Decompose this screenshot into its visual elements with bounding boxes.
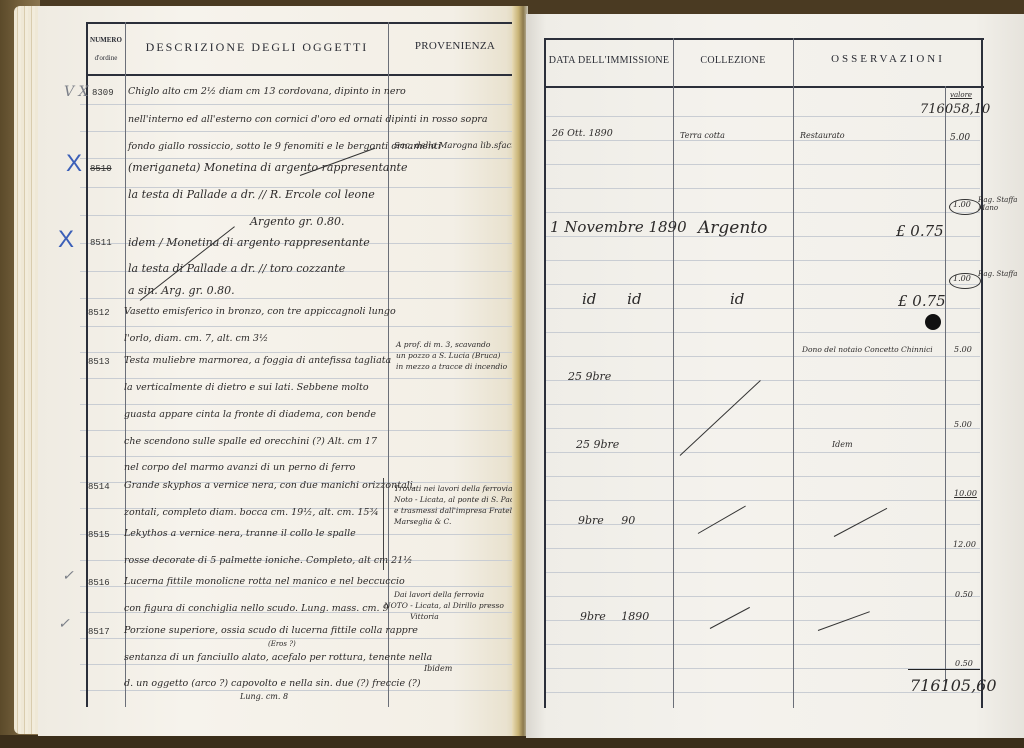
entry-description-line: Lucerna fittile monolicne rotta nel mani… bbox=[124, 576, 405, 587]
row-osservazioni: Dono del notaio Concetto Chinnici bbox=[802, 345, 933, 354]
entry-description-line: Grande skyphos a vernice nera, con due m… bbox=[124, 480, 416, 491]
entry-description-line: d. un oggetto (arco ?) capovolto e nella… bbox=[124, 678, 421, 689]
row-margin-note: Rag. Staffa bbox=[978, 270, 1017, 278]
margin-x-mark: X bbox=[58, 226, 74, 254]
header-collezione: COLLEZIONE bbox=[675, 55, 791, 66]
entry-description-line: nel corpo del marmo avanzi di un perno d… bbox=[124, 462, 355, 473]
entry-provenienza: e trasmessi dall'impresa Fratelli bbox=[394, 506, 517, 515]
entry-description-line: la testa di Pallade a dr. // R. Ercole c… bbox=[128, 188, 375, 201]
entry-provenienza: Marseglia & C. bbox=[394, 517, 451, 526]
margin-x-mark: X bbox=[66, 150, 82, 178]
row-collezione: id bbox=[730, 290, 744, 308]
row-osservazioni: Restaurato bbox=[800, 131, 845, 140]
header-osservazioni: OSSERVAZIONI bbox=[796, 53, 980, 65]
row-osservazioni: Idem bbox=[832, 440, 853, 449]
row-date: 25 9bre bbox=[576, 438, 619, 451]
header-data: DATA DELL'IMMISSIONE bbox=[546, 55, 672, 66]
entry-provenienza: Vittoria bbox=[410, 612, 439, 621]
entry-provenienza: NOTO - Licata, al Dirillo presso bbox=[384, 601, 504, 610]
right-header-top-border bbox=[544, 38, 984, 40]
entry-description-line: la testa di Pallade a dr. // toro cozzan… bbox=[128, 262, 345, 275]
entry-superscript: (Eros ?) bbox=[268, 640, 296, 648]
row-valore: 10.00 bbox=[954, 489, 977, 498]
entry-description-line: idem / Monetina di argento rappresentant… bbox=[128, 236, 370, 249]
entry-description-line: che scendono sulle spalle ed orecchini (… bbox=[124, 436, 377, 447]
entry-description-line: rosse decorate di 5 palmette ioniche. Co… bbox=[124, 555, 412, 566]
entry-description-line: sentanza di un fanciullo alato, acefalo … bbox=[124, 652, 432, 663]
ledger-spread: NUMERO d'ordine DESCRIZIONE DEGLI OGGETT… bbox=[0, 0, 1024, 748]
margin-check-mark: V X bbox=[64, 84, 89, 100]
header-numero: NUMERO bbox=[88, 36, 124, 45]
margin-check-mark: ✓ bbox=[62, 568, 74, 584]
entry-provenienza: Dai lavori della ferrovia bbox=[394, 590, 484, 599]
row-osservazioni: £ 0.75 bbox=[896, 222, 944, 240]
entry-number: 8514 bbox=[88, 482, 110, 492]
header-ordine: d'ordine bbox=[88, 54, 124, 63]
row-valore: 1.00 bbox=[953, 200, 971, 209]
entry-description-line: (meriganeta) Monetina di argento rappres… bbox=[128, 161, 407, 174]
right-header-bottom-border bbox=[544, 86, 984, 88]
row-valore: 5.00 bbox=[954, 345, 972, 354]
entry-number: 8511 bbox=[90, 238, 112, 248]
entry-description-line: nell'interno ed all'esterno con cornici … bbox=[128, 114, 488, 125]
entry-provenienza: un pozzo a S. Lucia (Bruca) bbox=[396, 351, 500, 360]
margin-check-mark: ✓ bbox=[58, 616, 70, 632]
entry-provenienza: Trovati nei lavori della ferrovia bbox=[394, 484, 513, 493]
entry-description-line: l'orlo, diam. cm. 7, alt. cm 3½ bbox=[124, 333, 268, 344]
header-provenienza: PROVENIENZA bbox=[392, 40, 518, 52]
entry-description-line: Lekythos a vernice nera, tranne il collo… bbox=[124, 528, 356, 539]
entry-number: 8510 bbox=[90, 164, 112, 174]
valore-total: 716105,60 bbox=[910, 676, 997, 695]
header-descrizione: DESCRIZIONE DEGLI OGGETTI bbox=[128, 40, 386, 55]
row-date: 9bre 90 bbox=[578, 514, 635, 527]
entry-description-line: Argento gr. 0.80. bbox=[250, 215, 344, 228]
col-divider-collezione bbox=[793, 38, 794, 708]
row-valore: 0.50 bbox=[955, 659, 973, 668]
row-collezione: Argento bbox=[698, 218, 767, 238]
entry-description-line: Lung. cm. 8 bbox=[240, 692, 288, 701]
entry-number: 8517 bbox=[88, 627, 110, 637]
entry-provenienza: in mezzo a tracce di incendio bbox=[396, 362, 507, 371]
row-date: 1 Novembre 1890 bbox=[550, 218, 687, 236]
entry-description-line: con figura di conchiglia nello scudo. Lu… bbox=[124, 603, 389, 614]
row-collezione: Terra cotta bbox=[680, 131, 725, 140]
row-osservazioni: £ 0.75 bbox=[898, 292, 946, 310]
entry-provenienza: Sac. della Marogna lib.sfacte bbox=[394, 141, 520, 151]
total-rule bbox=[908, 669, 980, 670]
entry-description-line: guasta appare cinta la fronte di diadema… bbox=[124, 409, 376, 420]
row-valore: 0.50 bbox=[955, 590, 973, 599]
entry-description-line: Vasetto emisferico in bronzo, con tre ap… bbox=[124, 306, 396, 317]
row-valore: 1.00 bbox=[953, 274, 971, 283]
row-date: 26 Ott. 1890 bbox=[552, 128, 613, 139]
entry-number: 8309 bbox=[92, 88, 114, 98]
right-left-border bbox=[544, 38, 546, 708]
right-outer-border bbox=[981, 38, 983, 708]
entry-number: 8515 bbox=[88, 530, 110, 540]
entry-provenienza: Ibidem bbox=[424, 664, 452, 673]
row-date: 9bre 1890 bbox=[580, 610, 649, 623]
row-date: id id bbox=[582, 290, 642, 308]
row-valore: 12.00 bbox=[953, 540, 976, 549]
valore-carried-forward: 716058,10 bbox=[920, 102, 990, 117]
valore-label: valore bbox=[950, 91, 972, 99]
entry-number: 8513 bbox=[88, 357, 110, 367]
col-divider-valore bbox=[945, 86, 946, 686]
row-valore: 5.00 bbox=[950, 133, 970, 143]
entry-description-line: Testa muliebre marmorea, a foggia di ant… bbox=[124, 355, 391, 366]
entry-description-line: Chiglo alto cm 2½ diam cm 13 cordovana, … bbox=[128, 86, 406, 97]
entry-description-line: la verticalmente di dietro e sui lati. S… bbox=[124, 382, 369, 393]
entry-number: 8512 bbox=[88, 308, 110, 318]
entry-number: 8516 bbox=[88, 578, 110, 588]
entry-description-line: Porzione superiore, ossia scudo di lucer… bbox=[124, 625, 418, 636]
left-header-bottom-border bbox=[86, 74, 520, 76]
entry-provenienza: A prof. di m. 3, scavando bbox=[396, 340, 490, 349]
left-header-top-border bbox=[86, 22, 520, 24]
entry-description-line: zontali, completo diam. bocca cm. 19½, a… bbox=[124, 507, 379, 518]
row-date: 25 9bre bbox=[568, 370, 611, 383]
entry-provenienza: Noto - Licata, al ponte di S. Paolo bbox=[394, 495, 521, 504]
col-divider-data bbox=[673, 38, 674, 708]
row-valore: 5.00 bbox=[954, 420, 972, 429]
ink-blot bbox=[925, 314, 941, 330]
row-margin-note: Rag. Staffa Mano bbox=[978, 196, 1018, 212]
